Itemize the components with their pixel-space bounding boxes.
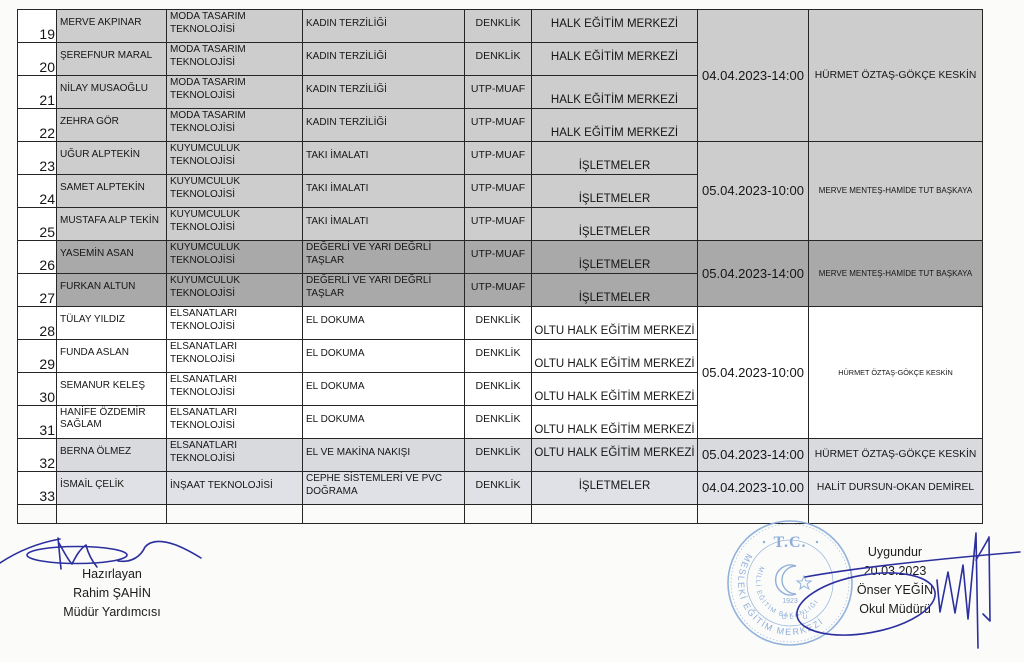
exam-type: DENKLİK (465, 406, 532, 439)
field-name: KADIN TERZİLİĞİ (303, 43, 465, 76)
empty-cell (167, 505, 303, 524)
field-name: KADIN TERZİLİĞİ (303, 10, 465, 43)
examiners: HÜRMET ÖZTAŞ-GÖKÇE KESKİN (809, 439, 983, 472)
department: KUYUMCULUK TEKNOLOJİSİ (167, 175, 303, 208)
exam-datetime: 04.04.2023-10.00 (698, 472, 809, 505)
approved-by-block: Uygundur 20.03.2023 Önser YEĞİN Okul Müd… (840, 543, 950, 619)
exam-type: UTP-MUAF (465, 175, 532, 208)
empty-cell (698, 505, 809, 524)
field-name: TAKI İMALATI (303, 175, 465, 208)
student-name: NİLAY MUSAOĞLU (57, 76, 167, 109)
table-row: 28TÜLAY YILDIZELSANATLARI TEKNOLOJİSİEL … (18, 307, 983, 340)
department: MODA TASARIM TEKNOLOJİSİ (167, 76, 303, 109)
examiners: MERVE MENTEŞ-HAMİDE TUT BAŞKAYA (809, 241, 983, 307)
student-name: ZEHRA GÖR (57, 109, 167, 142)
table-row: 32BERNA ÖLMEZELSANATLARI TEKNOLOJİSİEL V… (18, 439, 983, 472)
stamp-year: 1923 (782, 598, 798, 605)
student-name: FUNDA ASLAN (57, 340, 167, 373)
exam-schedule-table: 19MERVE AKPINARMODA TASARIM TEKNOLOJİSİK… (17, 9, 983, 524)
department: ELSANATLARI TEKNOLOJİSİ (167, 307, 303, 340)
exam-schedule-body: 19MERVE AKPINARMODA TASARIM TEKNOLOJİSİK… (18, 10, 983, 524)
row-number: 22 (18, 109, 57, 142)
field-name: KADIN TERZİLİĞİ (303, 109, 465, 142)
exam-datetime: 04.04.2023-14:00 (698, 10, 809, 142)
student-name: YASEMİN ASAN (57, 241, 167, 274)
row-number: 33 (18, 472, 57, 505)
examiners: HÜRMET ÖZTAŞ-GÖKÇE KESKİN (809, 10, 983, 142)
student-name: MERVE AKPINAR (57, 10, 167, 43)
empty-cell (465, 505, 532, 524)
exam-location: HALK EĞİTİM MERKEZİ (532, 10, 698, 43)
approval-date: 20.03.2023 (840, 562, 950, 581)
empty-cell (303, 505, 465, 524)
student-name: UĞUR ALPTEKİN (57, 142, 167, 175)
row-number: 25 (18, 208, 57, 241)
exam-datetime: 05.04.2023-14:00 (698, 241, 809, 307)
student-name: HANİFE ÖZDEMİR SAĞLAM (57, 406, 167, 439)
student-name: SAMET ALPTEKİN (57, 175, 167, 208)
exam-type: DENKLİK (465, 373, 532, 406)
exam-type: UTP-MUAF (465, 76, 532, 109)
examiners: HALİT DURSUN-OKAN DEMİREL (809, 472, 983, 505)
row-number: 28 (18, 307, 57, 340)
field-name: TAKI İMALATI (303, 208, 465, 241)
exam-location: HALK EĞİTİM MERKEZİ (532, 76, 698, 109)
department: KUYUMCULUK TEKNOLOJİSİ (167, 274, 303, 307)
approval-label: Uygundur (840, 543, 950, 562)
approved-by-name: Önser YEĞİN (840, 581, 950, 600)
row-number: 20 (18, 43, 57, 76)
field-name: EL VE MAKİNA NAKIŞI (303, 439, 465, 472)
field-name: TAKI İMALATI (303, 142, 465, 175)
stamp-top-text: T.C. (773, 534, 806, 551)
exam-location: İŞLETMELER (532, 175, 698, 208)
row-number: 24 (18, 175, 57, 208)
examiners: HÜRMET ÖZTAŞ-GÖKÇE KESKİN (809, 307, 983, 439)
exam-location: OLTU HALK EĞİTİM MERKEZİ (532, 406, 698, 439)
empty-cell (809, 505, 983, 524)
exam-type: UTP-MUAF (465, 142, 532, 175)
student-name: TÜLAY YILDIZ (57, 307, 167, 340)
department: MODA TASARIM TEKNOLOJİSİ (167, 10, 303, 43)
department: ELSANATLARI TEKNOLOJİSİ (167, 439, 303, 472)
exam-datetime: 05.04.2023-10:00 (698, 307, 809, 439)
student-name: MUSTAFA ALP TEKİN (57, 208, 167, 241)
row-number: 19 (18, 10, 57, 43)
approved-by-title: Okul Müdürü (840, 600, 950, 619)
exam-location: İŞLETMELER (532, 274, 698, 307)
prepared-by-name: Rahim ŞAHİN (40, 584, 184, 603)
row-number: 26 (18, 241, 57, 274)
row-number: 21 (18, 76, 57, 109)
exam-datetime: 05.04.2023-10:00 (698, 142, 809, 241)
exam-type: DENKLİK (465, 472, 532, 505)
exam-type: DENKLİK (465, 10, 532, 43)
department: KUYUMCULUK TEKNOLOJİSİ (167, 241, 303, 274)
exam-location: OLTU HALK EĞİTİM MERKEZİ (532, 439, 698, 472)
exam-type: DENKLİK (465, 340, 532, 373)
empty-cell (532, 505, 698, 524)
student-name: ŞEREFNUR MARAL (57, 43, 167, 76)
department: KUYUMCULUK TEKNOLOJİSİ (167, 142, 303, 175)
exam-location: HALK EĞİTİM MERKEZİ (532, 43, 698, 76)
exam-type: UTP-MUAF (465, 109, 532, 142)
prepared-by-label: Hazırlayan (40, 565, 184, 584)
student-name: BERNA ÖLMEZ (57, 439, 167, 472)
table-row: 19MERVE AKPINARMODA TASARIM TEKNOLOJİSİK… (18, 10, 983, 43)
field-name: DEĞERLİ VE YARI DEĞRLİ TAŞLAR (303, 274, 465, 307)
row-number: 27 (18, 274, 57, 307)
department: MODA TASARIM TEKNOLOJİSİ (167, 43, 303, 76)
prepared-by-block: Hazırlayan Rahim ŞAHİN Müdür Yardımcısı (40, 565, 184, 622)
stamp-town: OLTU (782, 614, 811, 621)
exam-type: UTP-MUAF (465, 208, 532, 241)
stamp-inner-ring-text: MİLLİ EĞİTİM BAKANLIĞI (754, 565, 820, 619)
department: KUYUMCULUK TEKNOLOJİSİ (167, 208, 303, 241)
row-number: 29 (18, 340, 57, 373)
department: MODA TASARIM TEKNOLOJİSİ (167, 109, 303, 142)
exam-type: DENKLİK (465, 439, 532, 472)
row-number: 30 (18, 373, 57, 406)
table-row: 23UĞUR ALPTEKİNKUYUMCULUK TEKNOLOJİSİTAK… (18, 142, 983, 175)
student-name: SEMANUR KELEŞ (57, 373, 167, 406)
exam-type: UTP-MUAF (465, 241, 532, 274)
department: ELSANATLARI TEKNOLOJİSİ (167, 406, 303, 439)
exam-type: DENKLİK (465, 43, 532, 76)
examiners: MERVE MENTEŞ-HAMİDE TUT BAŞKAYA (809, 142, 983, 241)
exam-location: İŞLETMELER (532, 142, 698, 175)
exam-location: OLTU HALK EĞİTİM MERKEZİ (532, 373, 698, 406)
row-number: 31 (18, 406, 57, 439)
crescent-icon (776, 565, 796, 595)
field-name: DEĞERLİ VE YARI DEĞRLİ TAŞLAR (303, 241, 465, 274)
field-name: EL DOKUMA (303, 373, 465, 406)
empty-table-row (18, 505, 983, 524)
exam-location: OLTU HALK EĞİTİM MERKEZİ (532, 340, 698, 373)
table-row: 26YASEMİN ASANKUYUMCULUK TEKNOLOJİSİDEĞE… (18, 241, 983, 274)
student-name: İSMAİL ÇELİK (57, 472, 167, 505)
stamp-outer-ring-text: MESLEKİ EĞİTİM MERKEZİ (736, 552, 826, 637)
field-name: EL DOKUMA (303, 307, 465, 340)
field-name: CEPHE SİSTEMLERİ VE PVC DOĞRAMA (303, 472, 465, 505)
department: İNŞAAT TEKNOLOJİSİ (167, 472, 303, 505)
exam-location: İŞLETMELER (532, 472, 698, 505)
field-name: EL DOKUMA (303, 406, 465, 439)
exam-location: İŞLETMELER (532, 208, 698, 241)
exam-type: DENKLİK (465, 307, 532, 340)
row-number: 32 (18, 439, 57, 472)
exam-location: İŞLETMELER (532, 241, 698, 274)
department: ELSANATLARI TEKNOLOJİSİ (167, 340, 303, 373)
department: ELSANATLARI TEKNOLOJİSİ (167, 373, 303, 406)
table-row: 33İSMAİL ÇELİKİNŞAAT TEKNOLOJİSİCEPHE Sİ… (18, 472, 983, 505)
exam-location: OLTU HALK EĞİTİM MERKEZİ (532, 307, 698, 340)
empty-cell (18, 505, 57, 524)
exam-type: UTP-MUAF (465, 274, 532, 307)
exam-datetime: 05.04.2023-14:00 (698, 439, 809, 472)
student-name: FURKAN ALTUN (57, 274, 167, 307)
row-number: 23 (18, 142, 57, 175)
exam-location: HALK EĞİTİM MERKEZİ (532, 109, 698, 142)
star-icon (797, 576, 811, 589)
prepared-by-title: Müdür Yardımcısı (40, 603, 184, 622)
field-name: EL DOKUMA (303, 340, 465, 373)
field-name: KADIN TERZİLİĞİ (303, 76, 465, 109)
empty-cell (57, 505, 167, 524)
official-stamp-icon: MESLEKİ EĞİTİM MERKEZİ MİLLİ EĞİTİM BAKA… (728, 521, 852, 645)
